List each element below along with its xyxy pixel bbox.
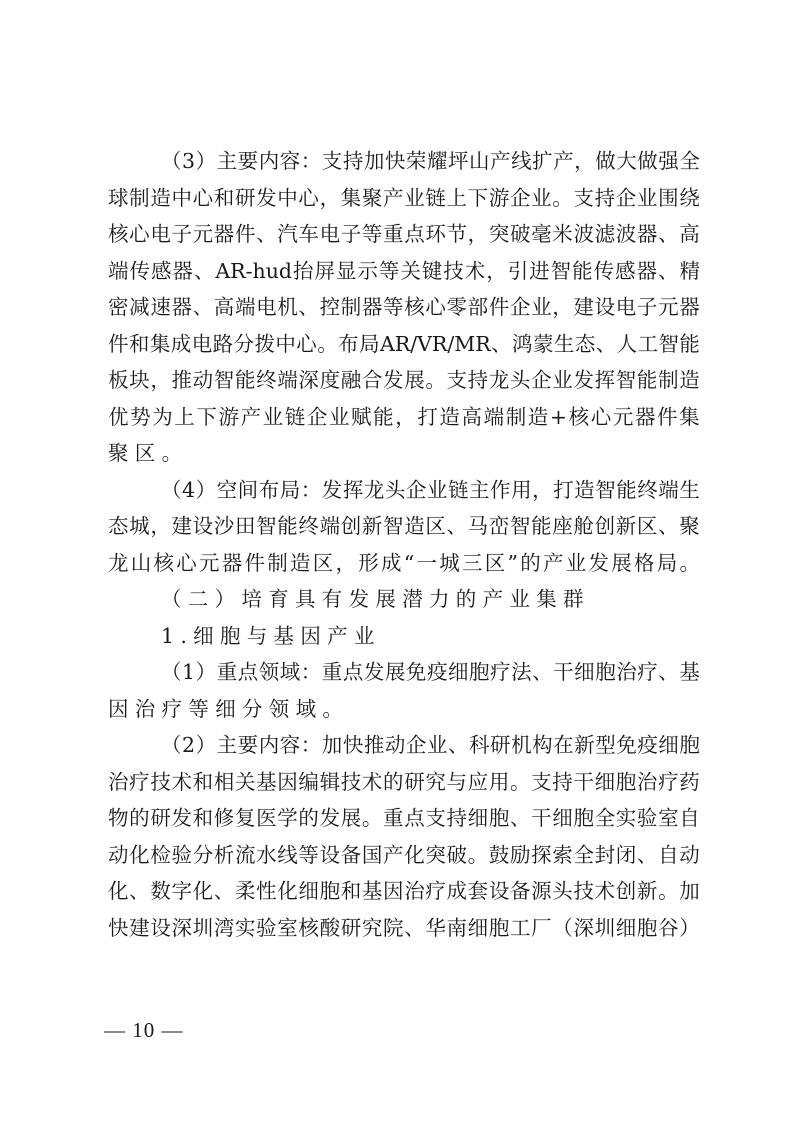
section-heading: （二）培育具有发展潜力的产业集群 [108,581,700,618]
text-line: 治疗技术和相关基因编辑技术的研究与应用。支持干细胞治疗药 [108,764,700,801]
text-line: 动化检验分析流水线等设备国产化突破。鼓励探索全封闭、自动 [108,837,700,874]
text-line: 因治疗等细分领域。 [108,691,700,728]
text-line: 端传感器、AR-hud抬屏显示等关键技术，引进智能传感器、精 [108,253,700,290]
text-line: 优势为上下游产业链企业赋能，打造高端制造+核心元器件集 [108,399,700,436]
document-body: （3）主要内容：支持加快荣耀坪山产线扩产，做大做强全 球制造中心和研发中心，集聚… [108,143,700,946]
text-line: （2）主要内容：加快推动企业、科研机构在新型免疫细胞 [108,727,700,764]
text-line: 龙山核心元器件制造区，形成“一城三区”的产业发展格局。 [108,545,700,582]
page-number: — 10 — [104,1018,184,1043]
subsection-heading: 1.细胞与基因产业 [108,618,700,655]
text-line: 密减速器、高端电机、控制器等核心零部件企业，建设电子元器 [108,289,700,326]
text-line: 聚区。 [108,435,700,472]
text-line: 物的研发和修复医学的发展。重点支持细胞、干细胞全实验室自 [108,800,700,837]
text-line: 快建设深圳湾实验室核酸研究院、华南细胞工厂（深圳细胞谷） [108,910,700,947]
text-line: 态城，建设沙田智能终端创新智造区、马峦智能座舱创新区、聚 [108,508,700,545]
text-line: 核心电子元器件、汽车电子等重点环节，突破毫米波滤波器、高 [108,216,700,253]
text-line: （3）主要内容：支持加快荣耀坪山产线扩产，做大做强全 [108,143,700,180]
text-line: 球制造中心和研发中心，集聚产业链上下游企业。支持企业围绕 [108,180,700,217]
text-line: （1）重点领域：重点发展免疫细胞疗法、干细胞治疗、基 [108,654,700,691]
text-line: 化、数字化、柔性化细胞和基因治疗成套设备源头技术创新。加 [108,873,700,910]
text-line: 板块，推动智能终端深度融合发展。支持龙头企业发挥智能制造 [108,362,700,399]
text-line: 件和集成电路分拨中心。布局AR/VR/MR、鸿蒙生态、人工智能 [108,326,700,363]
text-line: （4）空间布局：发挥龙头企业链主作用，打造智能终端生 [108,472,700,509]
